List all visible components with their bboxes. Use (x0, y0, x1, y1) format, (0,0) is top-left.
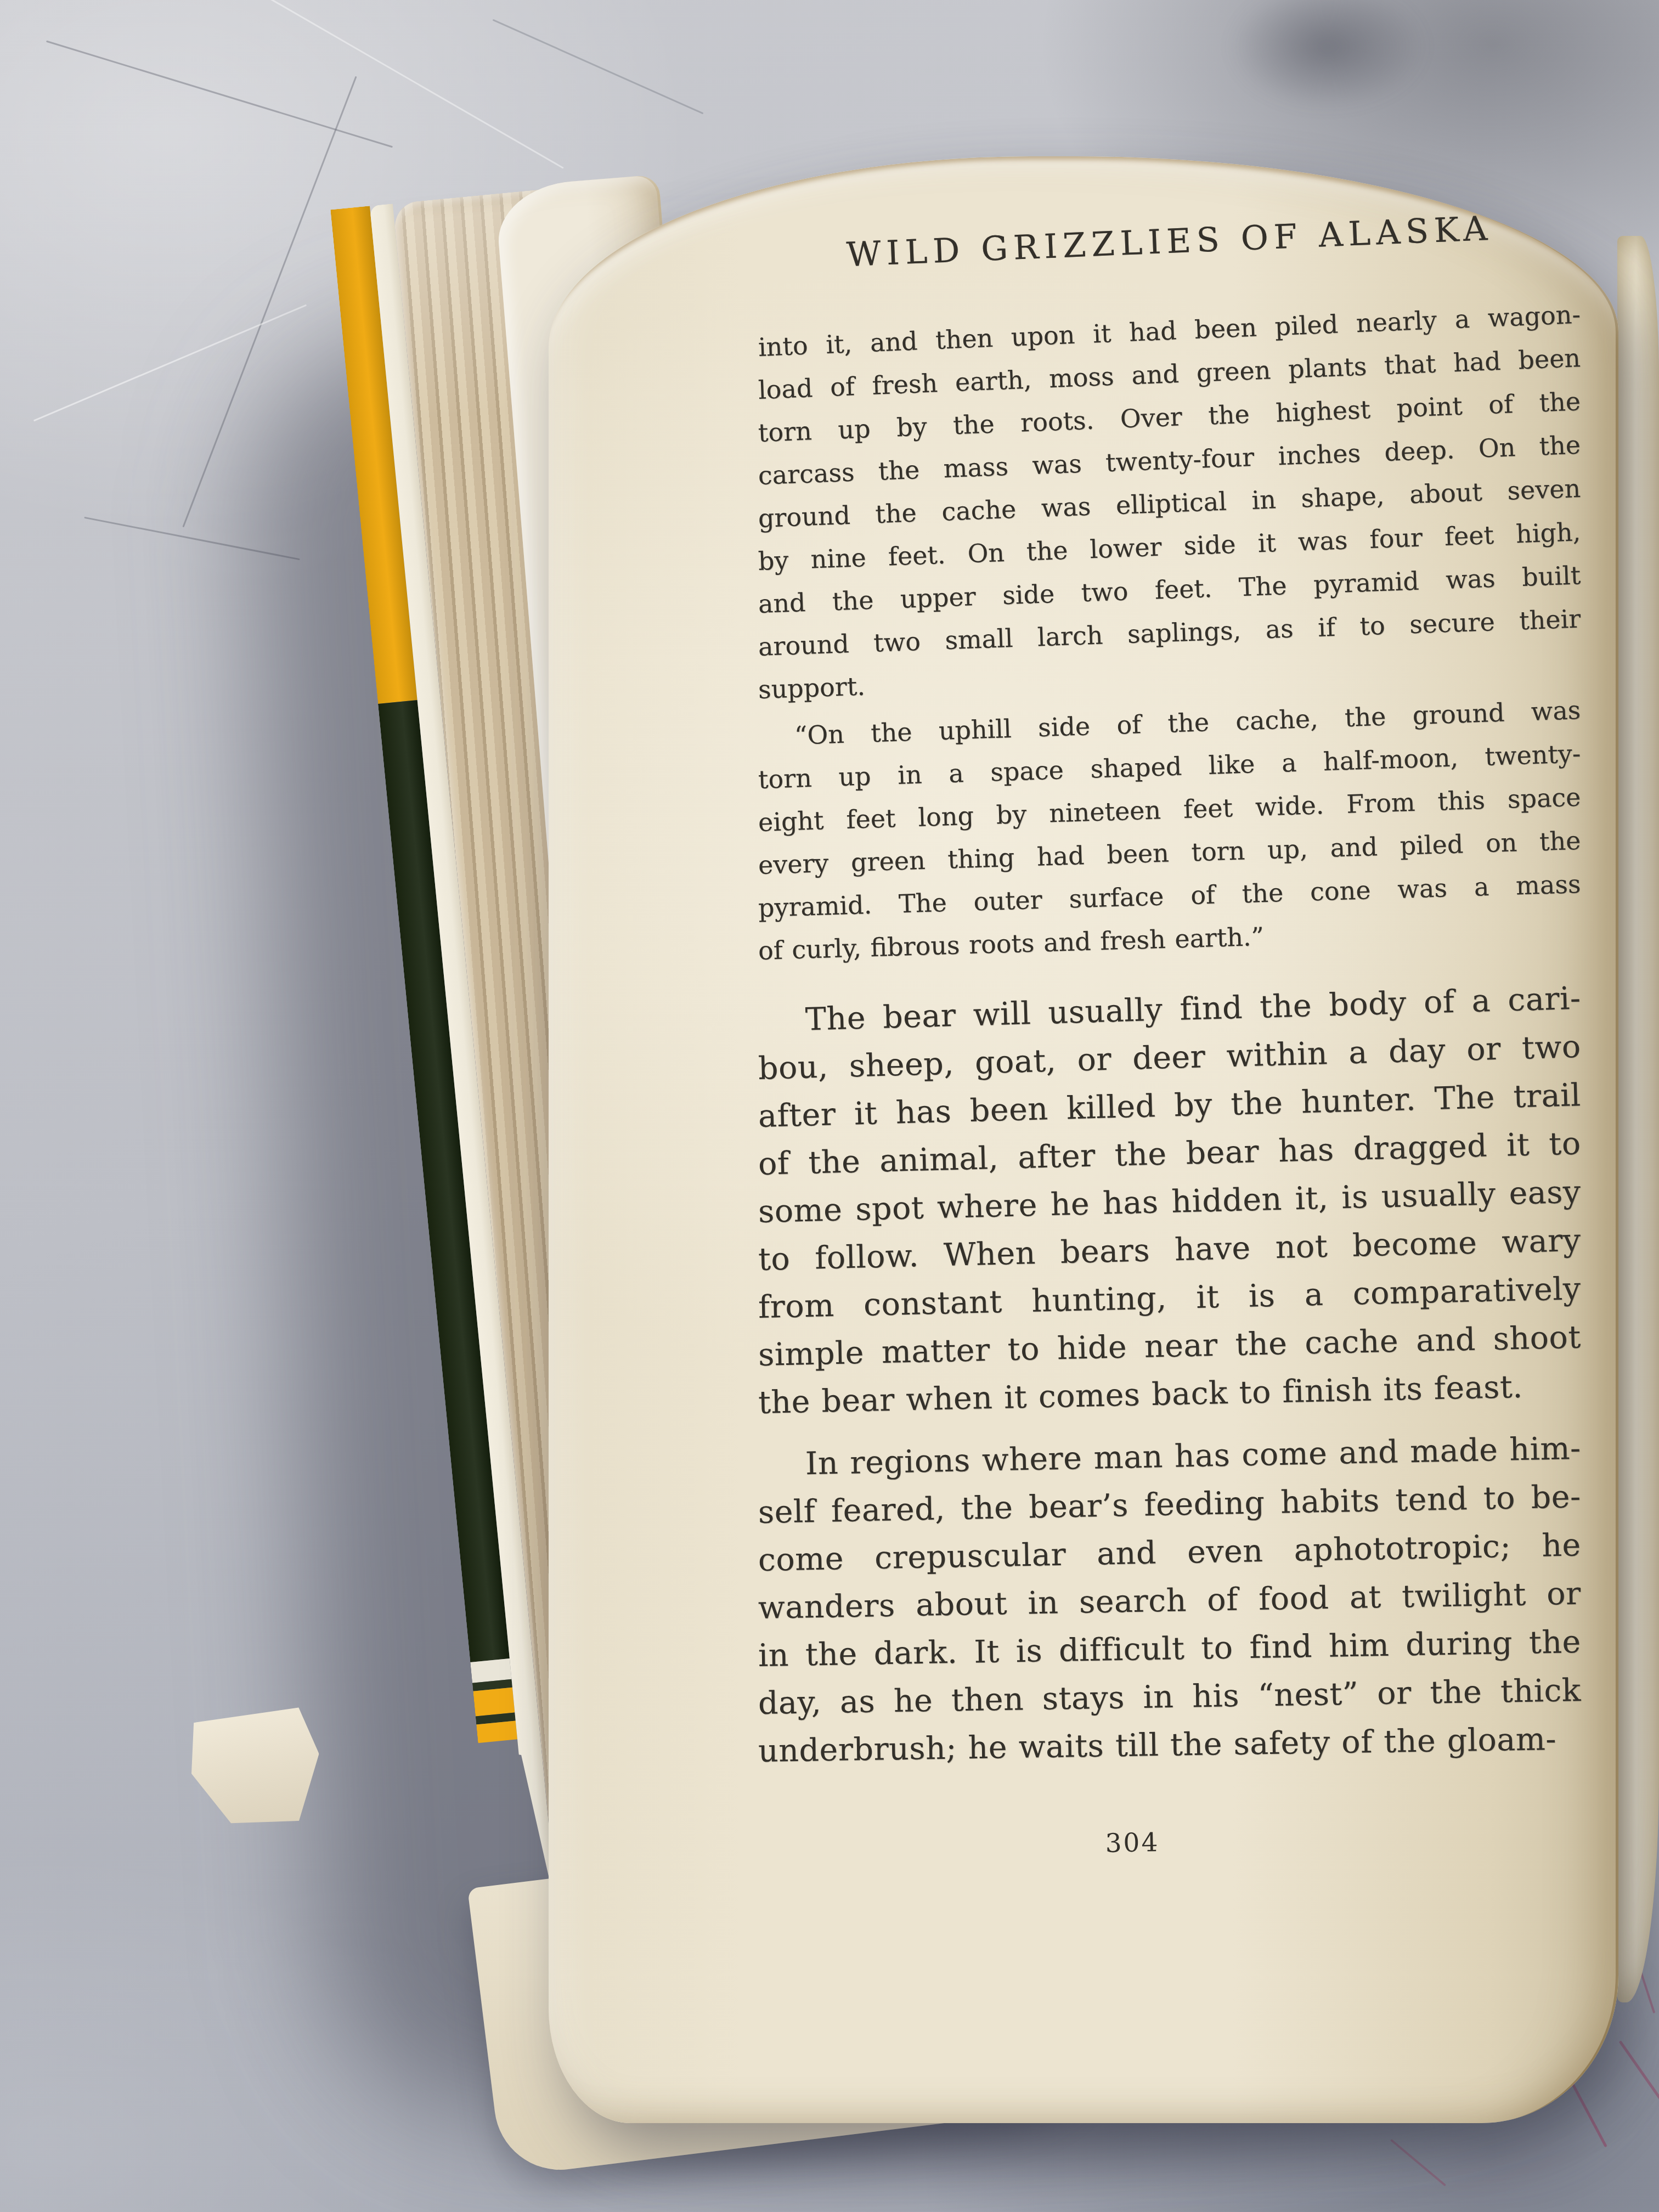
surface-scratch (46, 41, 393, 148)
surface-smudge (1229, 0, 1426, 110)
photo-scene: WILD GRIZZLIES OF ALASKA into it, and th… (0, 0, 1659, 2212)
book-page: WILD GRIZZLIES OF ALASKA into it, and th… (549, 156, 1618, 2123)
body-text: into it, and then upon it had been piled… (758, 326, 1581, 1775)
page-number: 304 (721, 1820, 1544, 1866)
closed-pages-edge (1617, 236, 1659, 2002)
jacket-stripe (476, 1720, 517, 1743)
running-head: WILD GRIZZLIES OF ALASKA (758, 205, 1582, 278)
surface-scratch (33, 304, 307, 422)
surface-scratch (116, 0, 564, 169)
paragraph: In regions where man has come and made h… (758, 1441, 1581, 1775)
paragraph: “On the uphill side of the cache, the gr… (758, 715, 1581, 972)
surface-scratch (1619, 2040, 1659, 2132)
paragraph: The bear will usually find the body of a… (758, 997, 1581, 1427)
paragraph: into it, and then upon it had been piled… (758, 326, 1581, 711)
surface-scratch (493, 19, 704, 115)
jacket-stripe (473, 1688, 515, 1717)
page-text: WILD GRIZZLIES OF ALASKA into it, and th… (758, 222, 1581, 1858)
surface-scratch (1390, 2139, 1446, 2187)
